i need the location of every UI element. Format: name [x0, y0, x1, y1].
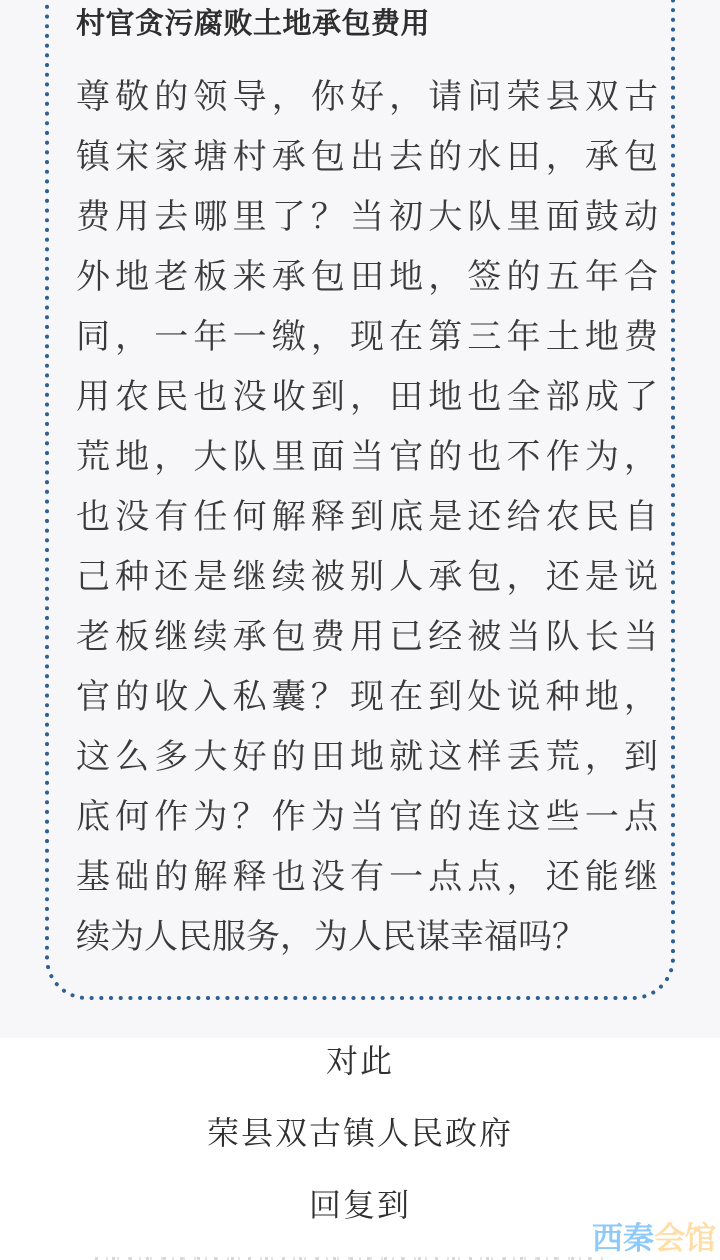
complaint-body-line: 用农民也没收到，田地也全部成了 — [76, 363, 658, 423]
article-page: 村官贪污腐败土地承包费用 尊敬的领导，你好，请问荣县双古镇宋家塘村承包出去的水田… — [0, 0, 720, 1260]
complaint-body-line: 也没有任何解释到底是还给农民自 — [76, 483, 658, 543]
complaint-body-line: 同，一年一缴，现在第三年土地费 — [76, 303, 658, 363]
complaint-body: 尊敬的领导，你好，请问荣县双古镇宋家塘村承包出去的水田，承包费用去哪里了？当初大… — [76, 63, 658, 963]
complaint-body-line: 官的收入私囊？现在到处说种地， — [76, 663, 658, 723]
complaint-body-line: 底何作为？作为当官的连这些一点 — [76, 783, 658, 843]
complaint-body-line: 费用去哪里了？当初大队里面鼓动 — [76, 183, 658, 243]
watermark-text-blue: 西秦 — [592, 1221, 654, 1256]
complaint-body-line: 续为人民服务，为人民谋幸福吗？ — [76, 903, 658, 963]
complaint-body-line: 基础的解释也没有一点点，还能继 — [76, 843, 658, 903]
complaint-body-line: 己种还是继续被别人承包，还是说 — [76, 543, 658, 603]
complaint-content: 村官贪污腐败土地承包费用 尊敬的领导，你好，请问荣县双古镇宋家塘村承包出去的水田… — [76, 4, 658, 963]
complaint-body-line: 荒地，大队里面当官的也不作为， — [76, 423, 658, 483]
complaint-body-line: 外地老板来承包田地，签的五年合 — [76, 243, 658, 303]
complaint-body-line: 这么多大好的田地就这样丢荒，到 — [76, 723, 658, 783]
complaint-body-line: 老板继续承包费用已经被当队长当 — [76, 603, 658, 663]
watermark: 西秦会馆 — [592, 1213, 716, 1258]
complaint-body-line: 尊敬的领导，你好，请问荣县双古 — [76, 63, 658, 123]
complaint-body-line: 镇宋家塘村承包出去的水田，承包 — [76, 123, 658, 183]
complaint-note-box: 村官贪污腐败土地承包费用 尊敬的领导，你好，请问荣县双古镇宋家塘村承包出去的水田… — [45, 0, 675, 1000]
complaint-section: 村官贪污腐败土地承包费用 尊敬的领导，你好，请问荣县双古镇宋家塘村承包出去的水田… — [0, 0, 720, 1038]
response-agency: 荣县双古镇人民政府 — [0, 1116, 720, 1150]
watermark-text-orange: 会馆 — [654, 1221, 716, 1256]
response-lead: 对此 — [0, 1044, 720, 1078]
complaint-title: 村官贪污腐败土地承包费用 — [76, 4, 658, 44]
